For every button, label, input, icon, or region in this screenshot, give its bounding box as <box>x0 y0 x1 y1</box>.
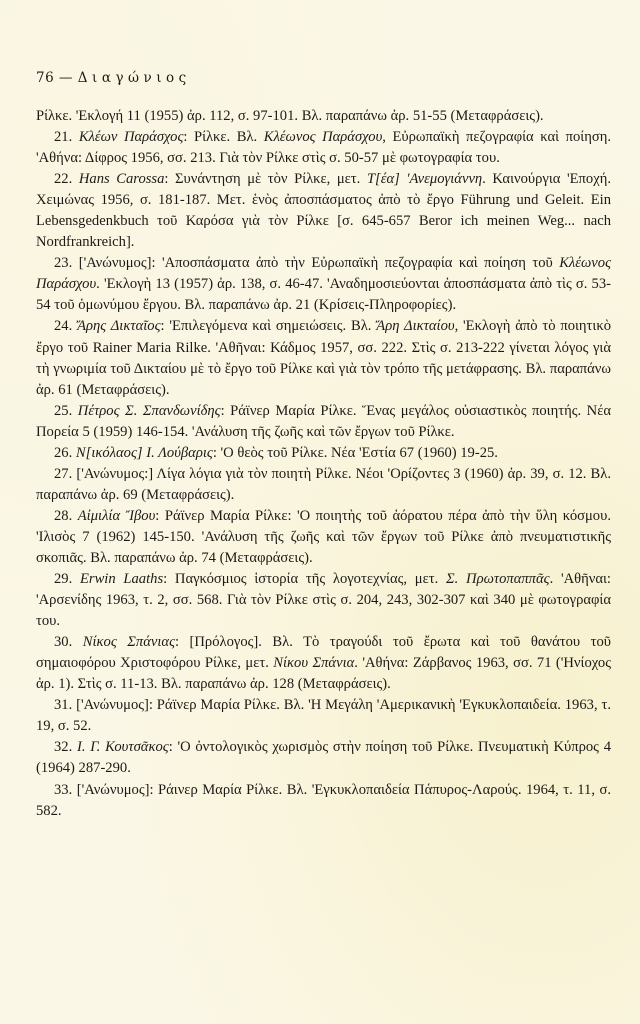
bibliography-entry: 25. Πέτρος Σ. Σπανδωνίδης: Ράϊνερ Μαρία … <box>36 401 611 443</box>
entry-number: 33. <box>54 782 72 798</box>
entry-author: Ι. Γ. Κουτσᾶκος <box>77 739 169 755</box>
bibliography-entry: 33. ['Ανώνυμος]: Ράινερ Μαρία Ρίλκε. Βλ.… <box>36 780 611 822</box>
bibliography-entry: 24. Ἄρης Δικταῖος: 'Επιλεγόμενα καὶ σημε… <box>36 316 611 400</box>
entry-author: Erwin Laaths <box>80 571 163 587</box>
entry-number: 25. <box>54 403 72 419</box>
entry-number: 28. <box>54 508 72 524</box>
entry-number: 32. <box>54 739 72 755</box>
bibliography-entry: 21. Κλέων Παράσχος: Ρίλκε. Βλ. Κλέωνος Π… <box>36 127 611 169</box>
bibliography-entry: 28. Αἰμιλία Ἴβου: Ράϊνερ Μαρία Ρίλκε: 'Ο… <box>36 506 611 569</box>
entry-author: Κλέων Παράσχος <box>79 129 184 145</box>
running-head-separator: — <box>59 70 73 86</box>
entry-text: . 'Εκλογὴ 13 (1957) ἀρ. 138, σ. 46-47. '… <box>36 276 611 313</box>
bibliography-entry: 23. ['Ανώνυμος]: 'Αποσπάσματα ἀπὸ τὴν Εὐ… <box>36 253 611 316</box>
book-page: 76 — Διαγώνιος Ρίλκε. 'Εκλογή 11 (1955) … <box>36 70 611 822</box>
entry-text: ['Ανώνυμος]: Ράϊνερ Μαρία Ρίλκε. Βλ. 'Η … <box>36 697 611 734</box>
entry-author: Ἄρης Δικταῖος <box>77 318 160 334</box>
entry-italic-text: Κλέωνος Παράσχου <box>264 129 383 145</box>
entry-text: ['Ανώνυμος:] Λίγα λόγια γιὰ τὸν ποιητὴ Ρ… <box>36 466 611 503</box>
entry-text: ['Ανώνυμος]: Ράινερ Μαρία Ρίλκε. Βλ. 'Εγ… <box>36 782 611 819</box>
entry-author: Hans Carossa <box>79 171 165 187</box>
entry-number: 21. <box>54 129 72 145</box>
running-title: Διαγώνιος <box>78 70 191 86</box>
entry-text: ['Ανώνυμος]: 'Αποσπάσματα ἀπὸ τὴν Εὐρωπα… <box>79 255 559 271</box>
entry-author: Αἰμιλία Ἴβου <box>78 508 156 524</box>
bibliography-entry: 29. Erwin Laaths: Παγκόσμιος ἱστορία τῆς… <box>36 569 611 632</box>
entry-text: : Παγκόσμιος ἱστορία τῆς λογοτεχνίας, με… <box>163 571 446 587</box>
entry-number: 24. <box>54 318 72 334</box>
entry-author: Πέτρος Σ. Σπανδωνίδης <box>78 403 221 419</box>
entry-text: : 'Ο θεὸς τοῦ Ρίλκε. Νέα 'Εστία 67 (1960… <box>213 445 498 461</box>
entry-text: : Συνάντηση μὲ τὸν Ρίλκε, μετ. <box>164 171 367 187</box>
bibliography-body: Ρίλκε. 'Εκλογή 11 (1955) ἀρ. 112, σ. 97-… <box>36 106 611 822</box>
entry-italic-text: Ἄρη Δικταίου <box>376 318 454 334</box>
entry-text: : Ρίλκε. Βλ. <box>183 129 263 145</box>
entry-number: 26. <box>54 445 72 461</box>
entry-author: Νίκος Σπάνιας <box>83 634 175 650</box>
entry-number: 30. <box>54 634 72 650</box>
bibliography-entry: 26. Ν[ικόλαος] Ι. Λούβαρις: 'Ο θεὸς τοῦ … <box>36 443 611 464</box>
bibliography-entry: 30. Νίκος Σπάνιας: [Πρόλογος]. Βλ. Τὸ τρ… <box>36 632 611 695</box>
entry-italic-text: Σ. Πρωτοπαππᾶς <box>446 571 550 587</box>
entry-number: 27. <box>54 466 72 482</box>
entry-author: Ν[ικόλαος] Ι. Λούβαρις <box>76 445 213 461</box>
page-number: 76 <box>36 70 54 86</box>
running-head: 76 — Διαγώνιος <box>36 70 611 86</box>
bibliography-entry: 22. Hans Carossa: Συνάντηση μὲ τὸν Ρίλκε… <box>36 169 611 253</box>
bibliography-entry: 31. ['Ανώνυμος]: Ράϊνερ Μαρία Ρίλκε. Βλ.… <box>36 695 611 737</box>
entry-number: 22. <box>54 171 72 187</box>
bibliography-entry: 27. ['Ανώνυμος:] Λίγα λόγια γιὰ τὸν ποιη… <box>36 464 611 506</box>
bibliography-entries: 21. Κλέων Παράσχος: Ρίλκε. Βλ. Κλέωνος Π… <box>36 127 611 822</box>
entry-italic-text: Τ[έα] 'Ανεμογιάννη <box>367 171 482 187</box>
entry-italic-text: Νίκου Σπάνια <box>273 655 354 671</box>
entry-number: 29. <box>54 571 72 587</box>
entry-number: 23. <box>54 255 72 271</box>
bibliography-entry: 32. Ι. Γ. Κουτσᾶκος: 'Ο ὀντολογικὸς χωρι… <box>36 737 611 779</box>
continuation-paragraph: Ρίλκε. 'Εκλογή 11 (1955) ἀρ. 112, σ. 97-… <box>36 106 611 127</box>
entry-text: : 'Επιλεγόμενα καὶ σημειώσεις. Βλ. <box>161 318 377 334</box>
entry-number: 31. <box>54 697 72 713</box>
